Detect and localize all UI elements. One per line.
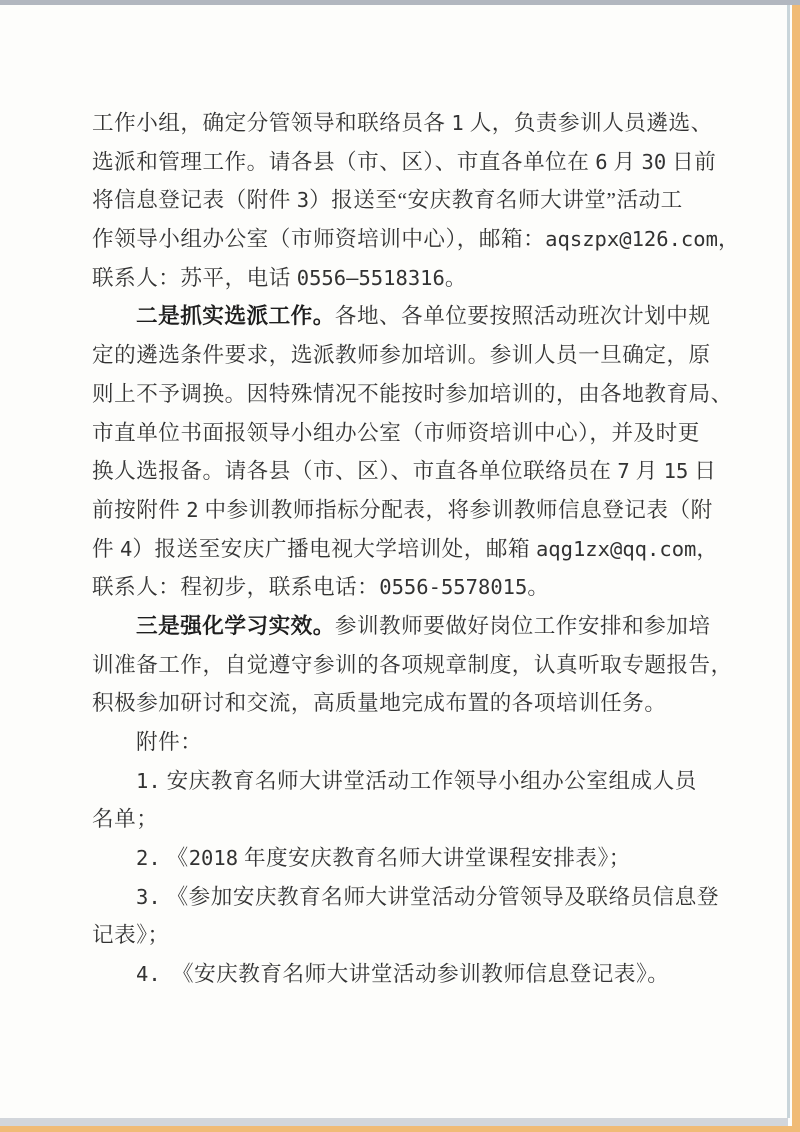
text-run: 月 xyxy=(630,459,664,483)
page-bottom-border xyxy=(0,1126,800,1132)
top-edge-bar xyxy=(0,0,800,5)
text-line: 积极参加研讨和交流，高质量地完成布置的各项培训任务。 xyxy=(92,684,732,723)
text-run: aqg1zx@qq.com xyxy=(536,537,696,561)
text-run: 。 xyxy=(527,575,549,599)
text-run: 定的遴选条件要求，选派教师参加培训。参训人员一旦确定，原 xyxy=(92,343,711,367)
text-line: 定的遴选条件要求，选派教师参加培训。参训人员一旦确定，原 xyxy=(92,336,732,375)
text-run: 6 xyxy=(595,150,607,174)
text-run: 人，负责参训人员遴选、 xyxy=(464,111,713,135)
text-run: 选派和管理工作。请各县（市、区）、市直各单位在 xyxy=(92,150,595,174)
text-run: aqszpx@126.com xyxy=(545,227,718,251)
text-line: 将信息登记表（附件 3）报送至“安庆教育名师大讲堂”活动工 xyxy=(92,181,732,220)
text-run: 各地、各单位要按照活动班次计划中规 xyxy=(335,304,711,328)
text-run: 则上不予调换。因特殊情况不能按时参加培训的，由各地教育局、 xyxy=(92,382,733,406)
text-line: 2. 《2018 年度安庆教育名师大讲堂课程安排表》； xyxy=(92,839,732,878)
text-run: 7 xyxy=(617,459,629,483)
text-run: 联系人：程初步，联系电话： xyxy=(92,575,379,599)
text-line: 前按附件 2 中参训教师指标分配表，将参训教师信息登记表（附 xyxy=(92,491,732,530)
text-run: 4. xyxy=(136,962,161,986)
document-text: 工作小组，确定分管领导和联络员各 1 人，负责参训人员遴选、选派和管理工作。请各… xyxy=(92,104,732,994)
text-line: 1. 安庆教育名师大讲堂活动工作领导小组办公室组成人员 xyxy=(92,762,732,801)
text-run: 训准备工作，自觉遵守参训的各项规章制度，认真听取专题报告， xyxy=(92,653,733,677)
text-run: 工作小组，确定分管领导和联络员各 xyxy=(92,111,451,135)
text-run: 0556-5578015 xyxy=(379,575,527,599)
page-right-border xyxy=(792,5,800,1132)
text-run: 《 xyxy=(161,846,189,870)
text-line: 则上不予调换。因特殊情况不能按时参加培训的，由各地教育局、 xyxy=(92,375,732,414)
text-run: 2 xyxy=(186,498,198,522)
text-line: 换人选报备。请各县（市、区）、市直各单位联络员在 7 月 15 日 xyxy=(92,452,732,491)
text-run: 记表》； xyxy=(92,923,170,947)
text-run: 日前 xyxy=(666,150,716,174)
text-run: 1. xyxy=(136,769,161,793)
text-run: 积极参加研讨和交流，高质量地完成布置的各项培训任务。 xyxy=(92,691,666,715)
text-line: 联系人：苏平，电话 0556—5518316。 xyxy=(92,259,732,298)
text-line: 联系人：程初步，联系电话：0556-5578015。 xyxy=(92,568,732,607)
text-line: 记表》； xyxy=(92,916,732,955)
text-line: 训准备工作，自觉遵守参训的各项规章制度，认真听取专题报告， xyxy=(92,646,732,685)
text-run: 日 xyxy=(688,459,716,483)
text-run: 作领导小组办公室（市师资培训中心），邮箱： xyxy=(92,227,545,251)
bottom-page-divider xyxy=(0,1118,788,1126)
text-line: 三是强化学习实效。参训教师要做好岗位工作安排和参加培 xyxy=(92,607,732,646)
text-run: ， xyxy=(696,537,718,561)
text-line: 作领导小组办公室（市师资培训中心），邮箱：aqszpx@126.com， xyxy=(92,220,732,259)
text-run: ）报送至“安庆教育名师大讲堂”活动工 xyxy=(309,188,683,212)
text-run: 市直单位书面报领导小组办公室（市师资培训中心），并及时更 xyxy=(92,421,700,445)
text-run: 4 xyxy=(120,537,132,561)
text-run: 件 xyxy=(92,537,120,561)
text-line: 二是抓实选派工作。各地、各单位要按照活动班次计划中规 xyxy=(92,297,732,336)
text-run: 2018 xyxy=(189,846,238,870)
text-run: 0556—5518316 xyxy=(297,266,445,290)
text-line: 件 4）报送至安庆广播电视大学培训处，邮箱 aqg1zx@qq.com， xyxy=(92,530,732,569)
text-run: 名单； xyxy=(92,807,158,831)
text-run: 月 xyxy=(608,150,642,174)
text-run: 《安庆教育名师大讲堂活动参训教师信息登记表》。 xyxy=(161,962,670,986)
text-run: ， xyxy=(718,227,740,251)
text-run: 参训教师要做好岗位工作安排和参加培 xyxy=(335,614,711,638)
text-run: 安庆教育名师大讲堂活动工作领导小组办公室组成人员 xyxy=(161,769,697,793)
bold-text-run: 三是强化学习实效。 xyxy=(136,614,335,638)
text-run: 年度安庆教育名师大讲堂课程安排表》； xyxy=(238,846,631,870)
text-run: 中参训教师指标分配表，将参训教师信息登记表（附 xyxy=(199,498,713,522)
text-run: 。 xyxy=(445,266,467,290)
text-line: 市直单位书面报领导小组办公室（市师资培训中心），并及时更 xyxy=(92,414,732,453)
text-run: 30 xyxy=(642,150,667,174)
text-run: 将信息登记表（附件 xyxy=(92,188,297,212)
bold-text-run: 二是抓实选派工作。 xyxy=(136,304,335,328)
text-line: 附件： xyxy=(92,723,732,762)
text-run: 联系人：苏平，电话 xyxy=(92,266,297,290)
text-line: 名单； xyxy=(92,800,732,839)
text-run: 《参加安庆教育名师大讲堂活动分管领导及联络员信息登 xyxy=(161,885,719,909)
text-run: 前按附件 xyxy=(92,498,186,522)
text-run: 3 xyxy=(297,188,309,212)
text-line: 4. 《安庆教育名师大讲堂活动参训教师信息登记表》。 xyxy=(92,955,732,994)
text-run: ）报送至安庆广播电视大学培训处，邮箱 xyxy=(132,537,536,561)
text-line: 工作小组，确定分管领导和联络员各 1 人，负责参训人员遴选、 xyxy=(92,104,732,143)
document-page: 工作小组，确定分管领导和联络员各 1 人，负责参训人员遴选、选派和管理工作。请各… xyxy=(0,0,800,1132)
text-run: 2. xyxy=(136,846,161,870)
text-run: 1 xyxy=(451,111,463,135)
text-run: 附件： xyxy=(136,730,202,754)
text-run: 15 xyxy=(664,459,689,483)
text-run: 换人选报备。请各县（市、区）、市直各单位联络员在 xyxy=(92,459,617,483)
text-line: 选派和管理工作。请各县（市、区）、市直各单位在 6 月 30 日前 xyxy=(92,143,732,182)
text-run: 3. xyxy=(136,885,161,909)
text-line: 3. 《参加安庆教育名师大讲堂活动分管领导及联络员信息登 xyxy=(92,878,732,917)
right-page-divider xyxy=(787,5,790,1118)
